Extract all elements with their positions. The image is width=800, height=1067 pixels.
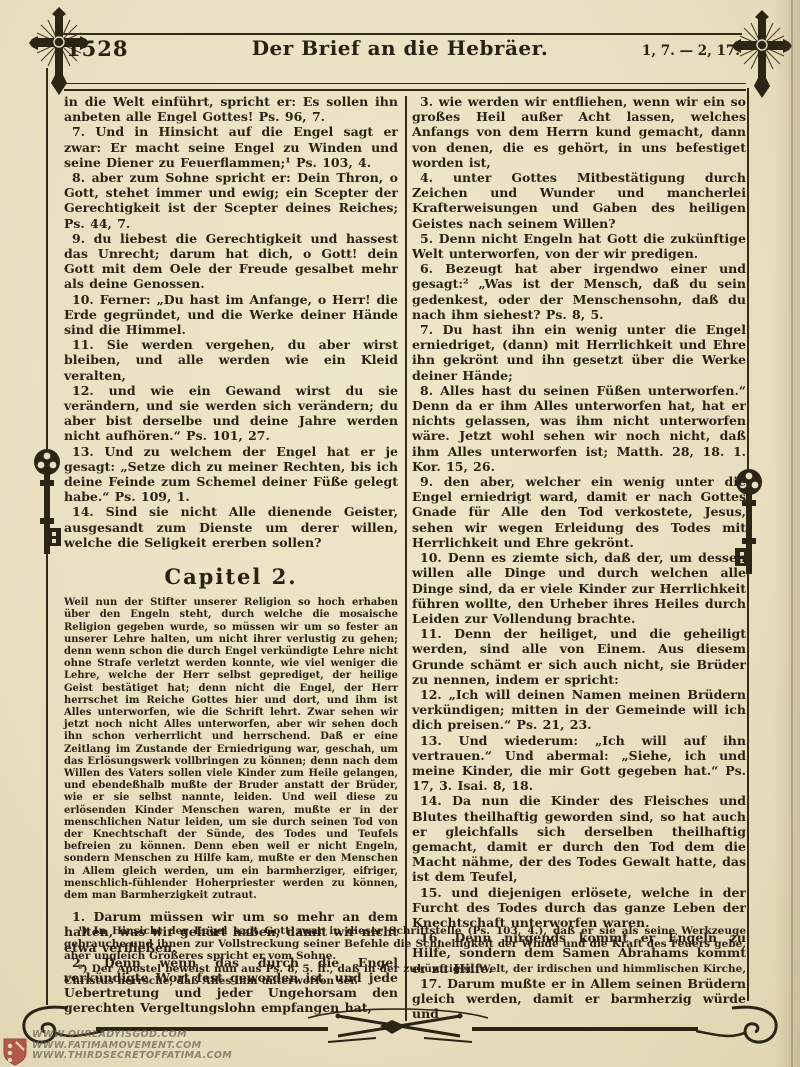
text-columns: in die Welt einführt, spricht er: Es sol…	[64, 94, 746, 1021]
verse-paragraph: 6. Bezeugt hat aber irgendwo einer und g…	[412, 261, 746, 322]
footnotes: ¹) In Hinsicht der Engel sagt Gott zwar …	[64, 925, 746, 988]
verse-paragraph: 10. Denn es ziemte sich, daß der, um des…	[412, 550, 746, 626]
verse-paragraph: 12. „Ich will deinen Namen meinen Brüder…	[412, 687, 746, 733]
shield-watermark-icon	[2, 1037, 28, 1067]
watermark-url: WWW.OURLADYISGOD.COM	[32, 1030, 232, 1041]
chapter-heading: Capitel 2.	[64, 564, 398, 589]
watermark-urls: WWW.OURLADYISGOD.COM WWW.FATIMAMOVEMENT.…	[32, 1030, 232, 1062]
footnote: ¹) In Hinsicht der Engel sagt Gott zwar …	[64, 925, 746, 963]
key-ornament-icon	[32, 446, 62, 561]
verse-paragraph: 15. und diejenigen erlösete, welche in d…	[412, 885, 746, 931]
verse-paragraph: 4. unter Gottes Mitbestätigung durch Zei…	[412, 170, 746, 231]
verse-paragraph: 9. du liebest die Gerechtigkeit und hass…	[64, 231, 398, 292]
verse-paragraph: 7. Du hast ihn ein wenig unter die Engel…	[412, 322, 746, 383]
verse-paragraph: 11. Sie werden vergehen, du aber wirst b…	[64, 337, 398, 383]
verse-paragraph: 8. aber zum Sohne spricht er: Dein Thron…	[64, 170, 398, 231]
verse-paragraph: 14. Sind sie nicht Alle dienende Geister…	[64, 504, 398, 550]
verse-paragraph: 11. Denn der heiliget, und die geheiligt…	[412, 626, 746, 687]
watermark-url: WWW.THIRDSECRETOFFATIMA.COM	[32, 1051, 232, 1062]
page-edge-shading	[774, 0, 800, 1067]
chapter-intro: Weil nun der Stifter unserer Religion so…	[64, 597, 398, 902]
border-top-rule	[55, 33, 742, 35]
verse-paragraph: 3. wie werden wir entfliehen, wenn wir e…	[412, 94, 746, 170]
scanned-bible-page: 1528 Der Brief an die Hebräer. 1, 7. — 2…	[0, 0, 800, 1067]
verse-paragraph: 10. Ferner: „Du hast im Anfange, o Herr!…	[64, 292, 398, 338]
verse-range: 1, 7. — 2, 17.	[642, 43, 740, 59]
footnote: ²) Der Apostel beweist nun aus Ps. 8, 5.…	[64, 963, 746, 988]
verse-paragraph: 5. Denn nicht Engeln hat Gott die zukünf…	[412, 231, 746, 261]
column-divider-rule	[405, 96, 407, 1021]
verse-paragraph: 8. Alles hast du seinen Füßen unterworfe…	[412, 383, 746, 474]
verse-paragraph: 14. Da nun die Kinder des Fleisches und …	[412, 793, 746, 884]
header-double-rule	[64, 83, 746, 91]
verse-paragraph: in die Welt einführt, spricht er: Es sol…	[64, 94, 398, 124]
verse-paragraph: 13. Und wiederum: „Ich will auf ihn vert…	[412, 733, 746, 794]
verse-paragraph: 9. den aber, welcher ein wenig unter die…	[412, 474, 746, 550]
verse-paragraph: 13. Und zu welchem der Engel hat er je g…	[64, 444, 398, 505]
left-column: in die Welt einführt, spricht er: Es sol…	[64, 94, 398, 1021]
verse-paragraph: 12. und wie ein Gewand wirst du sie verä…	[64, 383, 398, 444]
right-column: 3. wie werden wir entfliehen, wenn wir e…	[412, 94, 746, 1021]
verse-paragraph: 7. Und in Hinsicht auf die Engel sagt er…	[64, 124, 398, 170]
